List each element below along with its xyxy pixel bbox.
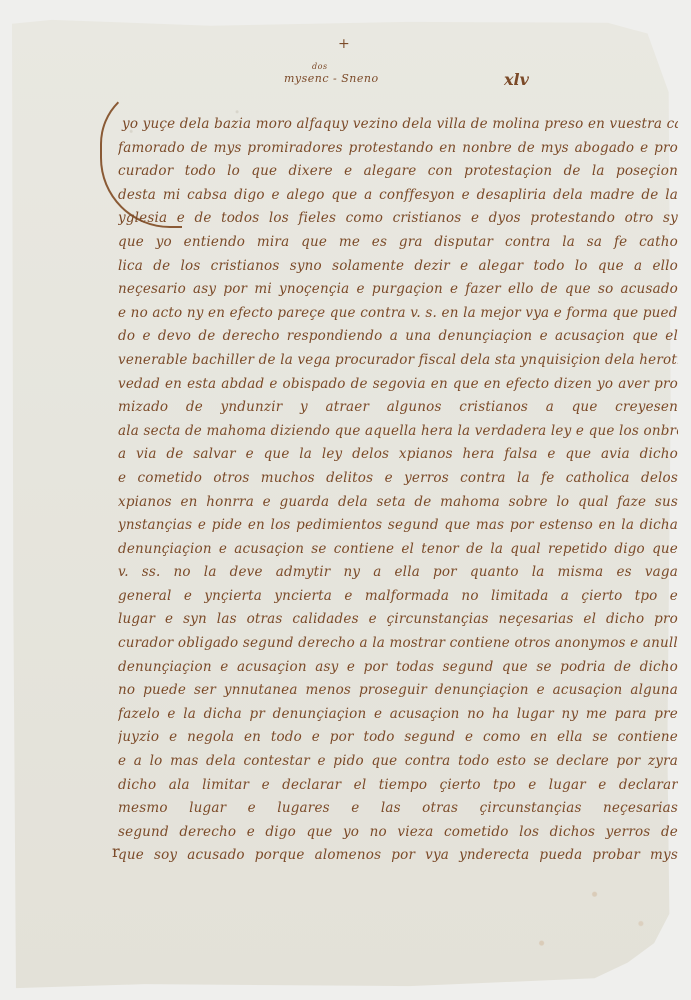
text-line: dicho ala limitar e declarar el tiempo ç…: [118, 774, 678, 798]
text-line: desta mi cabsa digo e alego que a conffe…: [118, 184, 678, 208]
text-line: fazelo e la dicha pr denunçiaçion e acus…: [118, 703, 678, 727]
text-line: e a lo mas dela contestar e pido que con…: [118, 750, 678, 774]
text-line: que yo entiendo mira que me es gra dispu…: [118, 231, 678, 255]
text-line: mesmo lugar e lugares e las otras çircun…: [118, 797, 678, 821]
text-line: e no acto ny en efecto pareçe que contra…: [118, 302, 678, 326]
text-line: famorado de mys promiradores protestando…: [118, 137, 678, 161]
text-line: v. ss. no la deve admytir ny a ella por …: [118, 561, 678, 585]
text-line: do e devo de derecho respondiendo a una …: [118, 325, 678, 349]
heading-superscript: dos: [312, 62, 328, 71]
text-line: curador obligado segund derecho a la mos…: [118, 632, 678, 656]
heading-text: mysenc - Sneno: [284, 72, 379, 85]
text-line: ynstançias e pide en los pedimientos seg…: [118, 514, 678, 538]
text-line: vedad en esta abdad e obispado de segovi…: [118, 373, 678, 397]
text-line: yo yuçe dela bazia moro alfaquy vezino d…: [118, 113, 678, 137]
text-line: neçesario asy por mi ynoçençia e purgaçi…: [118, 278, 678, 302]
manuscript-text: yo yuçe dela bazia moro alfaquy vezino d…: [118, 113, 678, 868]
text-line: lica de los cristianos syno solamente de…: [118, 255, 678, 279]
folio-heading: dos mysenc - Sneno: [284, 72, 379, 85]
text-line: denunçiaçion e acusaçion asy e por todas…: [118, 656, 678, 680]
cross-mark: +: [338, 36, 350, 52]
text-line: que soy acusado porque alomenos por vya …: [118, 844, 678, 868]
text-line: xpianos en honrra e guarda dela seta de …: [118, 491, 678, 515]
text-line: curador todo lo que dixere e alegare con…: [118, 160, 678, 184]
text-line: segund derecho e digo que yo no vieza co…: [118, 821, 678, 845]
text-line: yglesia e de todos los fieles como crist…: [118, 207, 678, 231]
margin-mark: r: [112, 842, 120, 861]
text-line: denunçiaçion e acusaçion se contiene el …: [118, 538, 678, 562]
text-line: a via de salvar e que la ley delos xpian…: [118, 443, 678, 467]
text-line: juyzio e negola en todo e por todo segun…: [118, 726, 678, 750]
text-line: lugar e syn las otras calidades e çircun…: [118, 608, 678, 632]
text-line: general e ynçierta yncierta e malformada…: [118, 585, 678, 609]
text-line: mizado de yndunzir y atraer algunos cris…: [118, 396, 678, 420]
text-line: venerable bachiller de la vega procurado…: [118, 349, 678, 373]
text-line: ala secta de mahoma diziendo que aquella…: [118, 420, 678, 444]
text-line: e cometido otros muchos delitos e yerros…: [118, 467, 678, 491]
text-line: no puede ser ynnutanea menos proseguir d…: [118, 679, 678, 703]
folio-number: xlv: [504, 70, 529, 89]
